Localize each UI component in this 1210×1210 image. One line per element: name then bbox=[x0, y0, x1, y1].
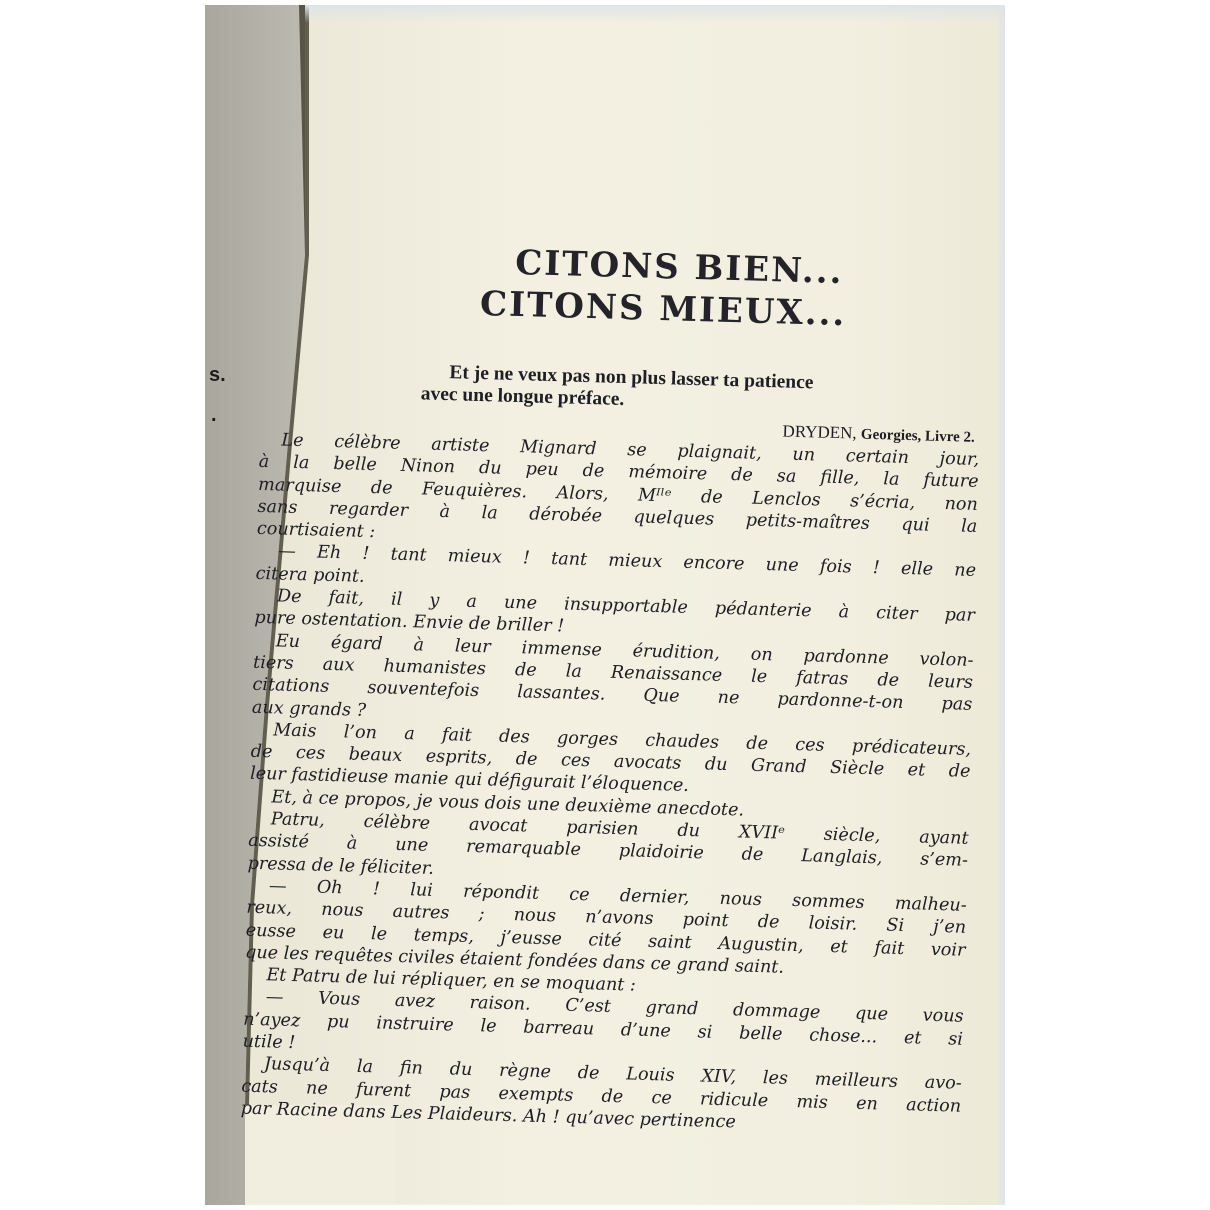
epigraph-author: DRYDEN, bbox=[782, 421, 857, 442]
page-right-edge bbox=[997, 5, 1005, 1205]
epigraph: Et je ne veux pas non plus lasser ta pat… bbox=[420, 361, 971, 420]
left-page-text-fragments: s. . bbox=[205, 355, 245, 435]
epigraph-work: Georgies, Livre 2. bbox=[861, 427, 975, 446]
book-photo: s. . CITONS BIEN... CITONS MIEUX... Et j… bbox=[205, 5, 1005, 1205]
epigraph-line: avec une longue préface. bbox=[420, 383, 624, 410]
left-page-fragment: s. bbox=[205, 355, 245, 395]
page-text: CITONS BIEN... CITONS MIEUX... Et je ne … bbox=[240, 235, 984, 1140]
body-text: Le célèbre artiste Mignard se plaignait,… bbox=[240, 429, 979, 1140]
left-page-fragment: . bbox=[205, 395, 245, 435]
page-top-edge bbox=[305, 5, 1005, 23]
